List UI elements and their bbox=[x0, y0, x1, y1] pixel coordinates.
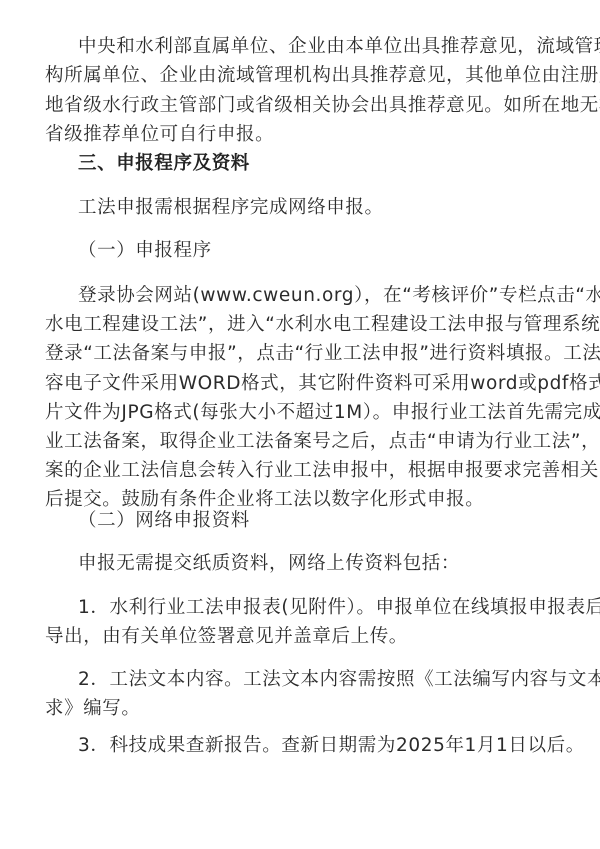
list-item-line: 2．工法文本内容。工法文本内容需按照《工法编写内容与文本要 bbox=[78, 665, 557, 694]
paragraph-online-application: 工法申报需根据程序完成网络申报。 bbox=[78, 193, 557, 222]
list-item-line: 导出，由有关单位签署意见并盖章后上传。 bbox=[45, 622, 557, 651]
subsection-heading-procedure: （一）申报程序 bbox=[78, 236, 557, 265]
paragraph-line: 水电工程建设工法”，进入“水利水电工程建设工法申报与管理系统”。 bbox=[45, 310, 557, 339]
list-item-line: 求》编写。 bbox=[45, 694, 557, 723]
section-heading: 三、申报程序及资料 bbox=[78, 149, 557, 178]
paragraph-line: 片文件为JPG格式(每张大小不超过1M）。申报行业工法首先需完成企 bbox=[45, 398, 557, 427]
paragraph-line: 登录协会网站(www.cweun.org），在“考核评价”专栏点击“水利 bbox=[78, 281, 557, 310]
paragraph-line: 构所属单位、企业由流域管理机构出具推荐意见，其他单位由注册所在 bbox=[45, 61, 557, 90]
subsection-heading-materials: （二）网络申报资料 bbox=[78, 506, 557, 535]
paragraph-line: 容电子文件采用WORD格式，其它附件资料可采用word或pdf格式，照 bbox=[45, 369, 557, 398]
paragraph-line: 登录“工法备案与申报”，点击“行业工法申报”进行资料填报。工法内 bbox=[45, 339, 557, 368]
paragraph-line: 业工法备案，取得企业工法备案号之后，点击“申请为行业工法”，所备 bbox=[45, 427, 557, 456]
paragraph-line: 案的企业工法信息会转入行业工法申报中，根据申报要求完善相关内容 bbox=[45, 456, 557, 485]
paragraph-line: 地省级水行政主管部门或省级相关协会出具推荐意见。如所在地无相关 bbox=[45, 91, 557, 120]
paragraph-materials-intro: 申报无需提交纸质资料，网络上传资料包括： bbox=[78, 549, 557, 578]
paragraph-line: 省级推荐单位可自行申报。 bbox=[45, 120, 557, 149]
paragraph-line: 中央和水利部直属单位、企业由本单位出具推荐意见，流域管理机 bbox=[78, 32, 557, 61]
list-item: 3．科技成果查新报告。查新日期需为2025年1月1日以后。 bbox=[78, 731, 557, 760]
list-item-line: 1．水利行业工法申报表(见附件）。申报单位在线填报申报表后 bbox=[78, 593, 557, 622]
